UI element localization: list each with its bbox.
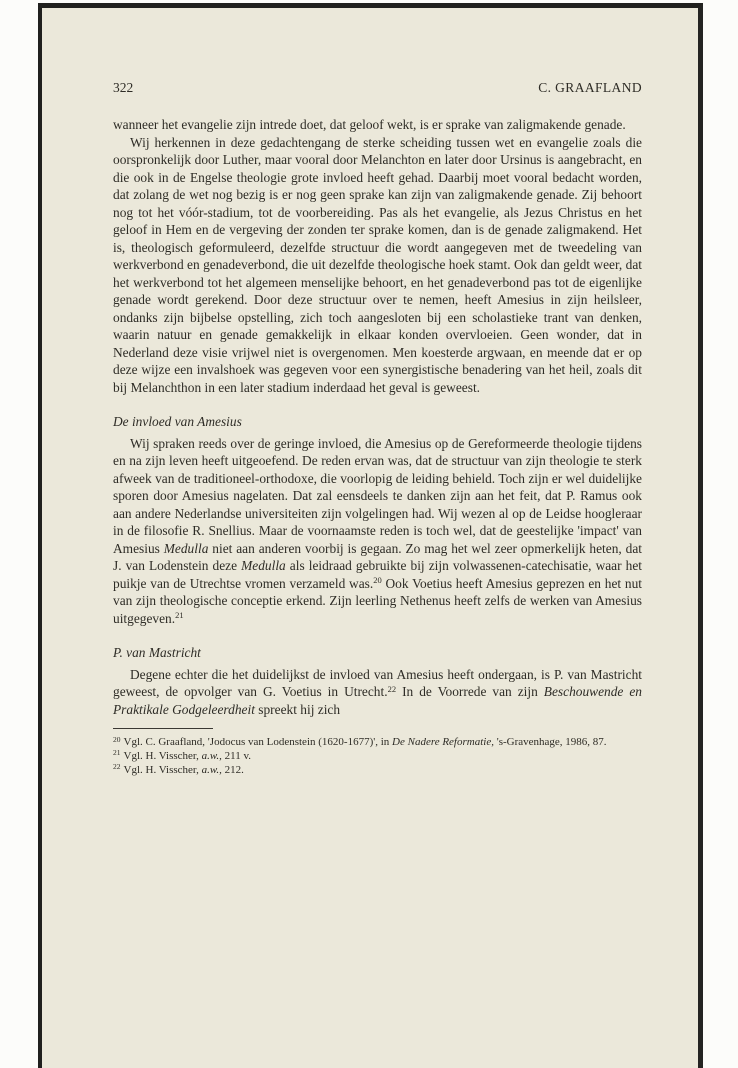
text-segment: spreekt hij zich [255, 702, 340, 717]
page-header: 322 C. GRAAFLAND [113, 80, 642, 96]
section-heading: P. van Mastricht [113, 644, 642, 662]
footnote-marker: 21 [113, 748, 121, 757]
text-segment: 212. [222, 764, 244, 776]
footnote: 21Vgl. H. Visscher, a.w., 211 v. [113, 750, 642, 764]
italic-text-segment: a.w., [202, 750, 222, 762]
paragraph: Degene echter die het duidelijkst de inv… [113, 666, 642, 719]
footnote-divider [113, 728, 213, 729]
paragraph: wanneer het evangelie zijn intrede doet,… [113, 116, 642, 134]
text-segment: 211 v. [222, 750, 251, 762]
body-text: wanneer het evangelie zijn intrede doet,… [113, 116, 642, 718]
book-page: 322 C. GRAAFLAND wanneer het evangelie z… [38, 3, 703, 1068]
paragraph: Wij spraken reeds over de geringe invloe… [113, 435, 642, 628]
text-segment: Wij herkennen in deze gedachtengang de s… [113, 135, 642, 395]
text-segment: wanneer het evangelie zijn intrede doet,… [113, 117, 626, 132]
text-segment: Vgl. H. Visscher, [124, 764, 202, 776]
italic-text-segment: De Nadere Reformatie, [392, 736, 494, 748]
footnote-marker: 20 [113, 735, 121, 744]
page-number: 322 [113, 80, 133, 96]
text-segment: Vgl. H. Visscher, [124, 750, 202, 762]
italic-text-segment: a.w., [202, 764, 222, 776]
italic-text-segment: Medulla [164, 541, 209, 556]
footnote-ref: 22 [388, 684, 397, 694]
footnote: 20Vgl. C. Graafland, 'Jodocus van Lodens… [113, 736, 642, 750]
section-heading: De invloed van Amesius [113, 413, 642, 431]
scanned-page: 322 C. GRAAFLAND wanneer het evangelie z… [0, 0, 738, 1068]
footnote-ref: 20 [373, 575, 382, 585]
text-segment: In de Voorrede van zijn [396, 684, 544, 699]
text-segment: 's-Gravenhage, 1986, 87. [494, 736, 607, 748]
paragraph: Wij herkennen in deze gedachtengang de s… [113, 134, 642, 397]
footnotes: 20Vgl. C. Graafland, 'Jodocus van Lodens… [113, 736, 642, 777]
footnote: 22Vgl. H. Visscher, a.w., 212. [113, 764, 642, 778]
footnote-ref: 21 [175, 610, 184, 620]
text-segment: Vgl. C. Graafland, 'Jodocus van Lodenste… [124, 736, 393, 748]
italic-text-segment: Medulla [241, 558, 286, 573]
running-title: C. GRAAFLAND [538, 80, 642, 96]
footnote-marker: 22 [113, 762, 121, 771]
text-segment: Wij spraken reeds over de geringe invloe… [113, 436, 642, 556]
